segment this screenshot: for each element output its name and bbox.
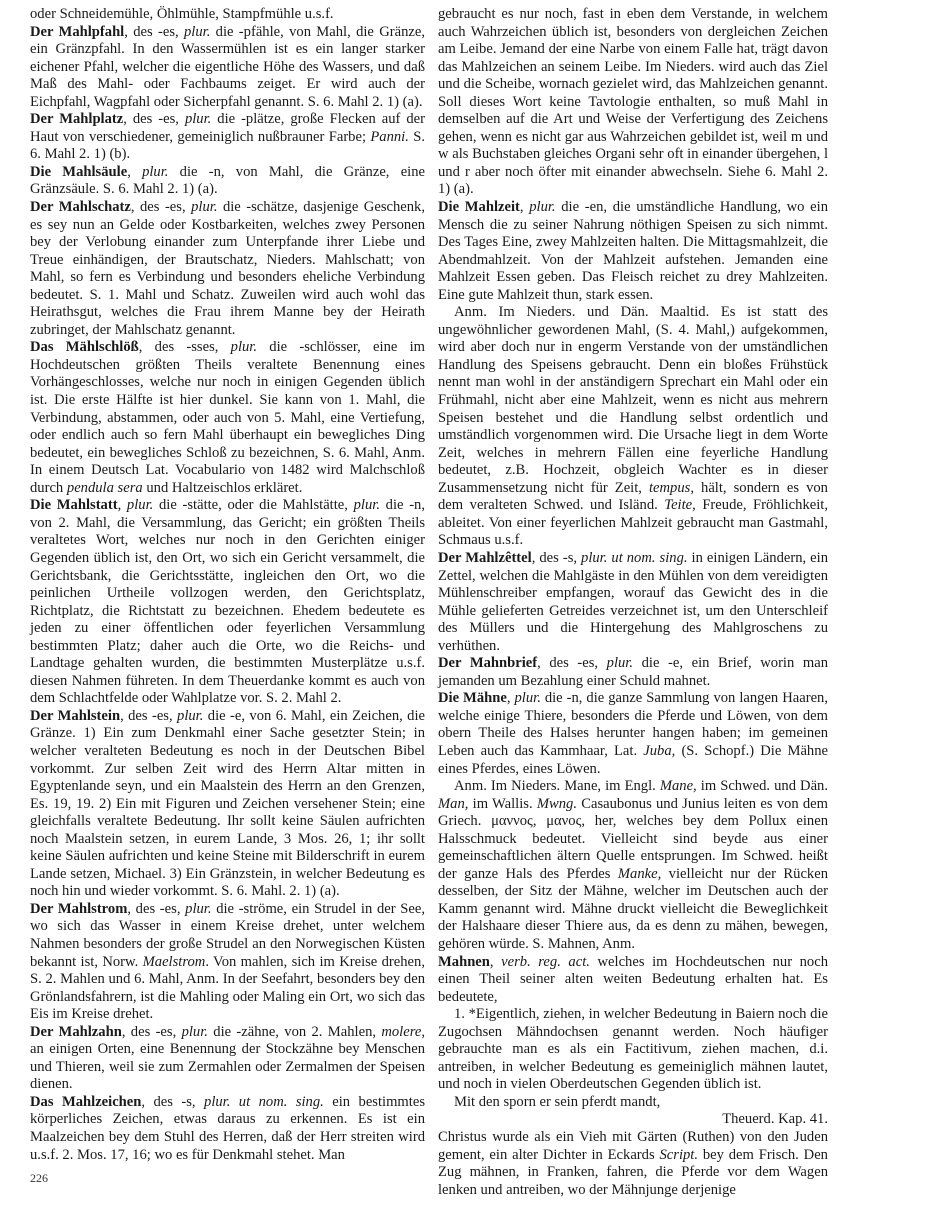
italic-term: plur. (231, 339, 257, 355)
italic-term: plur. ut nom. sing. (581, 550, 688, 566)
italic-term: tempus, (649, 480, 694, 496)
continued-text: Christus wurde als ein Vieh mit Gärten (… (438, 1129, 828, 1199)
dictionary-page: oder Schneidemühle, Öhlmühle, Stampfmühl… (0, 0, 935, 1210)
dictionary-entry: Mahnen, verb. reg. act. welches im Hochd… (438, 954, 828, 1007)
italic-term: Mwng. (537, 796, 577, 812)
italic-term: plur. (182, 1024, 208, 1040)
body-text: die -schlösser, eine im Hochdeutschen gr… (30, 339, 425, 495)
headword: Der Mahlzahn (30, 1024, 122, 1040)
body-text: Anm. Im Nieders. und Dän. Maaltid. Es is… (438, 304, 828, 495)
italic-term: plur. (177, 708, 203, 724)
dictionary-entry: Die Mähne, plur. die -n, die ganze Samml… (438, 690, 828, 778)
headword: Das Mahlzeichen (30, 1094, 141, 1110)
headword: Der Mahlplatz (30, 111, 123, 127)
headword: Die Mahlsäule (30, 164, 127, 180)
body-text: , (490, 954, 501, 970)
annotation-paragraph: 1. *Eigentlich, ziehen, in welcher Bedeu… (438, 1006, 828, 1094)
headword: Der Mahlschatz (30, 199, 131, 215)
italic-term: Script. (659, 1147, 698, 1163)
italic-term: Juba, (643, 743, 675, 759)
dictionary-entry: Der Mahlstrom, des -es, plur. die -ström… (30, 901, 425, 1024)
dictionary-entry: Der Mahlschatz, des -es, plur. die -schä… (30, 199, 425, 339)
body-text: Anm. Im Nieders. Mane, im Engl. (454, 778, 660, 794)
italic-term: plur. ut nom. sing. (204, 1094, 324, 1110)
italic-term: Panni. (370, 129, 409, 145)
body-text: die -n, von 2. Mahl, die Versammlung, da… (30, 497, 425, 706)
dictionary-entry: Das Mahlzeichen, des -s, plur. ut nom. s… (30, 1094, 425, 1164)
body-text: , des -es, (120, 708, 177, 724)
italic-term: plur. (191, 199, 217, 215)
headword: Der Mahlzêttel (438, 550, 532, 566)
italic-term: molere (381, 1024, 421, 1040)
dictionary-entry: Die Mahlstatt, plur. die -stätte, oder d… (30, 497, 425, 708)
headword: Der Mahnbrief (438, 655, 537, 671)
body-text: , des -sses, (139, 339, 231, 355)
body-text: , (520, 199, 529, 215)
italic-term: plur. (514, 690, 540, 706)
body-text: Mit den sporn er sein pferdt mandt, (454, 1094, 660, 1110)
dictionary-entry: Die Mahlsäule, plur. die -n, von Mahl, d… (30, 164, 425, 199)
italic-term: plur. (607, 655, 633, 671)
headword: Die Mähne (438, 690, 507, 706)
body-text: im Wallis. (468, 796, 536, 812)
dictionary-entry: Die Mahlzeit, plur. die -en, die umständ… (438, 199, 828, 304)
body-text: , des -s, (141, 1094, 204, 1110)
body-text: die -zähne, von 2. Mahlen, (208, 1024, 381, 1040)
italic-term: pendula sera (67, 480, 143, 496)
dictionary-entry: Der Mahlzêttel, des -s, plur. ut nom. si… (438, 550, 828, 655)
italic-term: plur. (185, 901, 211, 917)
body-text: im Schwed. und Dän. (697, 778, 828, 794)
body-text: oder Schneidemühle, Öhlmühle, Stampfmühl… (30, 6, 334, 22)
headword: Die Mahlstatt (30, 497, 118, 513)
headword: Der Mahlpfahl (30, 24, 124, 40)
italic-term: Mane, (660, 778, 697, 794)
dictionary-entry: Das Mählschlöß, des -sses, plur. die -sc… (30, 339, 425, 497)
headword: Die Mahlzeit (438, 199, 520, 215)
body-text: , des -es, (127, 901, 185, 917)
body-text: die -e, von 6. Mahl, ein Zeichen, die Gr… (30, 708, 425, 899)
body-text: 1. *Eigentlich, ziehen, in welcher Bedeu… (438, 1006, 828, 1092)
italic-term: plur. (529, 199, 555, 215)
italic-term: plur. (127, 497, 153, 513)
body-text: , (127, 164, 142, 180)
citation: Theuerd. Kap. 41. (438, 1111, 828, 1129)
dictionary-entry: Der Mahlzahn, des -es, plur. die -zähne,… (30, 1024, 425, 1094)
body-text: , des -s, (532, 550, 581, 566)
right-column: gebraucht es nur noch, fast in eben dem … (438, 6, 828, 1199)
dictionary-entry: Der Mahlstein, des -es, plur. die -e, vo… (30, 708, 425, 901)
italic-term: plur. (142, 164, 168, 180)
italic-term: Maelstrom (143, 954, 206, 970)
verse-quote: Mit den sporn er sein pferdt mandt, (438, 1094, 828, 1112)
body-text: gebraucht es nur noch, fast in eben dem … (438, 6, 828, 197)
body-text: , des -es, (537, 655, 607, 671)
italic-term: plur. (185, 111, 211, 127)
headword: Das Mählschlöß (30, 339, 139, 355)
body-text: und Haltzeischlos erkläret. (143, 480, 303, 496)
italic-term: plur. (184, 24, 210, 40)
continued-text: oder Schneidemühle, Öhlmühle, Stampfmühl… (30, 6, 425, 24)
dictionary-entry: Der Mahlpfahl, des -es, plur. die -pfähl… (30, 24, 425, 112)
left-column: oder Schneidemühle, Öhlmühle, Stampfmühl… (30, 6, 425, 1164)
italic-term: Manke, (618, 866, 661, 882)
dictionary-entry: Der Mahnbrief, des -es, plur. die -e, ei… (438, 655, 828, 690)
headword: Der Mahlstein (30, 708, 120, 724)
headword: Der Mahlstrom (30, 901, 127, 917)
body-text: , (118, 497, 127, 513)
italic-term: plur. (354, 497, 380, 513)
headword: Mahnen (438, 954, 490, 970)
body-text: , des -es, (122, 1024, 182, 1040)
continued-text: gebraucht es nur noch, fast in eben dem … (438, 6, 828, 199)
body-text: , des -es, (131, 199, 191, 215)
dictionary-entry: Der Mahlplatz, des -es, plur. die -plätz… (30, 111, 425, 164)
body-text: Theuerd. Kap. 41. (722, 1111, 828, 1127)
body-text: die -schätze, dasjenige Geschenk, es sey… (30, 199, 425, 338)
body-text: , des -es, (124, 24, 184, 40)
annotation-paragraph: Anm. Im Nieders. und Dän. Maaltid. Es is… (438, 304, 828, 550)
page-number: 226 (30, 1171, 48, 1186)
italic-term: verb. reg. act. (501, 954, 590, 970)
italic-term: Man, (438, 796, 468, 812)
italic-term: Teite, (664, 497, 696, 513)
body-text: die -stätte, oder die Mahlstätte, (153, 497, 353, 513)
body-text: , des -es, (123, 111, 185, 127)
annotation-paragraph: Anm. Im Nieders. Mane, im Engl. Mane, im… (438, 778, 828, 953)
